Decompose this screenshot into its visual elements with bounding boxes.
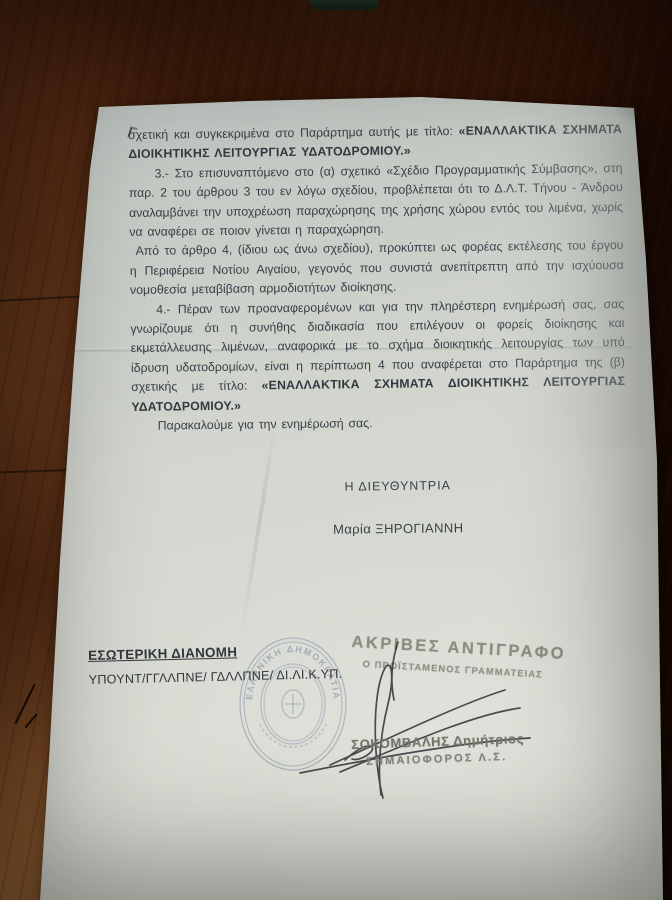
director-title: Η ΔΙΕΥΘΥΝΤΡΙΑ <box>298 478 498 494</box>
director-name: Μαρία ΞΗΡΟΓΙΑΝΝΗ <box>298 520 498 537</box>
photo-of-document: σχετική και συγκεκριμένα στο Παράρτημα α… <box>0 0 672 900</box>
paper-shadow-wrap: σχετική και συγκεκριμένα στο Παράρτημα α… <box>0 0 672 900</box>
document-paper: σχετική και συγκεκριμένα στο Παράρτημα α… <box>0 0 672 900</box>
signature-block: Η ΔΙΕΥΘΥΝΤΡΙΑ Μαρία ΞΗΡΟΓΙΑΝΝΗ <box>298 478 499 537</box>
handwritten-signature <box>280 620 550 810</box>
faded-print-area <box>470 118 645 448</box>
